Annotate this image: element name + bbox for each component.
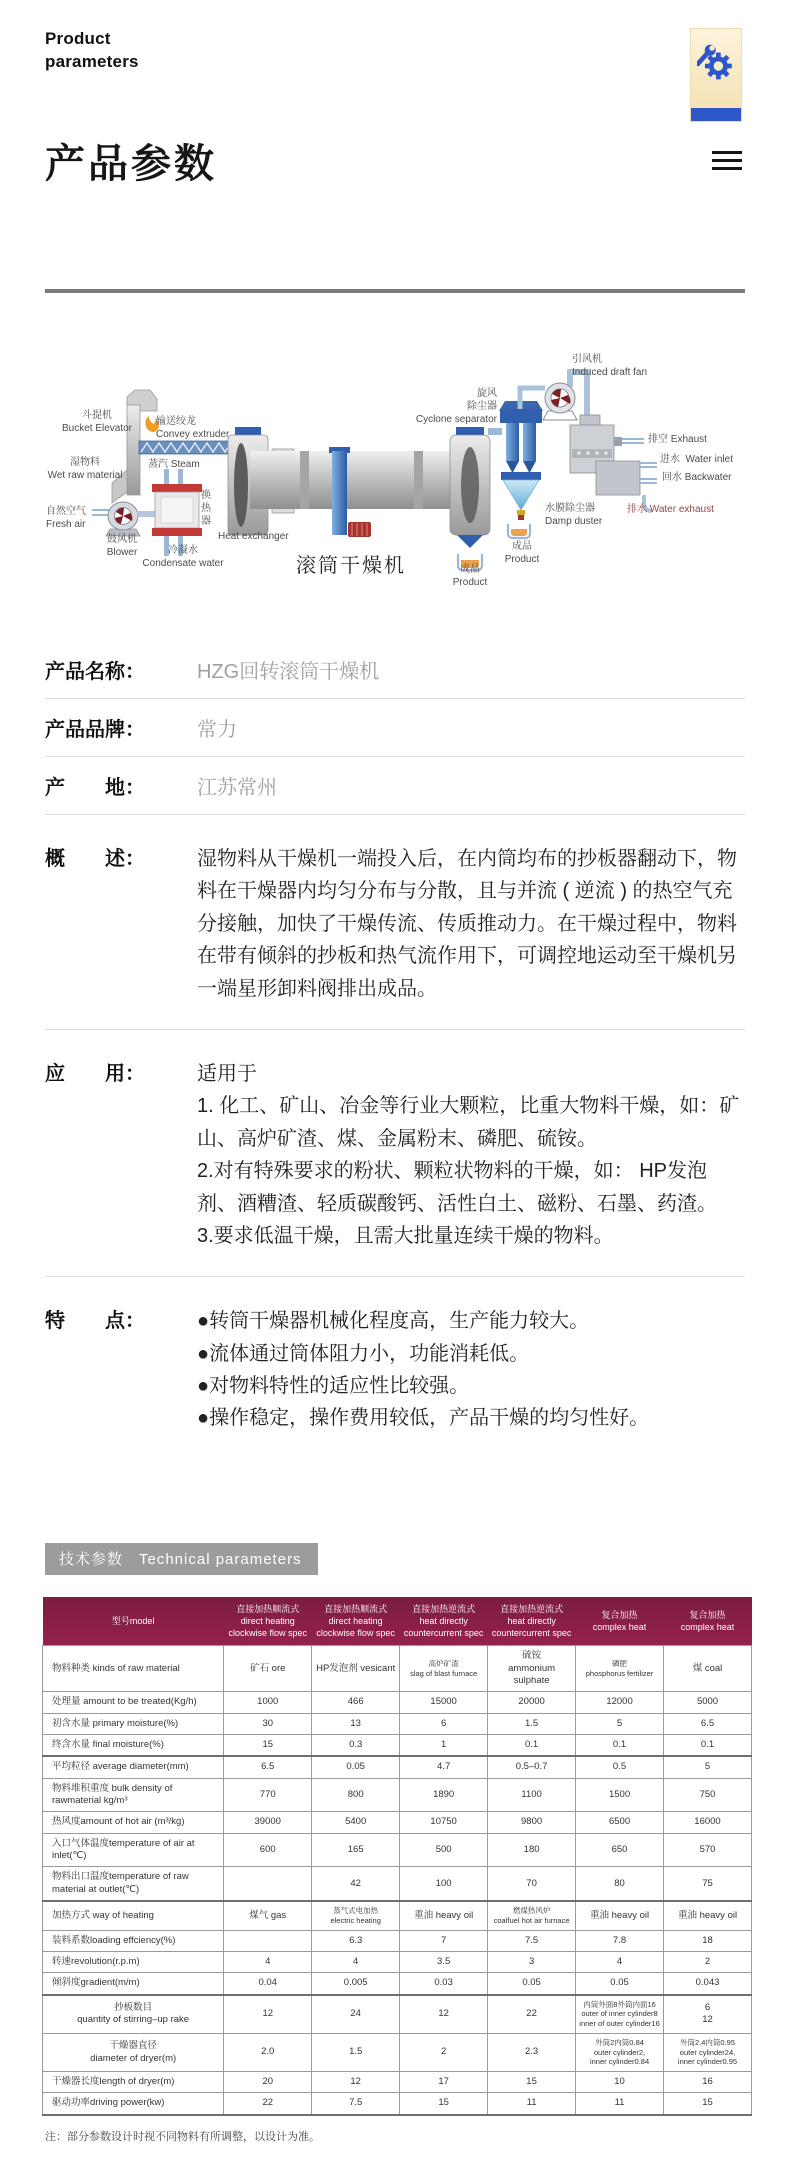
cell-10-5: 18 xyxy=(664,1930,752,1951)
tech-parameters-heading: 技术参数 Technical parameters xyxy=(45,1543,318,1575)
cell-16-4: 11 xyxy=(576,2093,664,2115)
cell-4-0: 6.5 xyxy=(224,1756,312,1778)
row-label: 干燥器直径 diameter of dryer(m) xyxy=(43,2033,224,2071)
row-label: 入口气体温度temperature of air at inlet(℃) xyxy=(43,1833,224,1867)
cell-0-4: 磷肥 phosphorus fertilizer xyxy=(576,1646,664,1692)
cell-3-2: 1 xyxy=(400,1735,488,1757)
table-row-8: 物料出口温度temperature of raw material at out… xyxy=(43,1867,752,1901)
cell-2-4: 5 xyxy=(576,1713,664,1734)
cell-14-4: 外筒2内筒0.84 outer cylinder2, inner cylinde… xyxy=(576,2033,664,2071)
cell-11-4: 4 xyxy=(576,1951,664,1972)
icon-blue-bar xyxy=(691,108,741,121)
table-col-header-0: 型号model xyxy=(43,1597,224,1646)
cell-2-1: 13 xyxy=(312,1713,400,1734)
table-col-header-2: 直接加热顺流式 direct heating clockwise flow sp… xyxy=(312,1597,400,1646)
diagram-label-drum-dryer: 滚筒干燥机 xyxy=(296,553,406,579)
cell-8-1: 42 xyxy=(312,1867,400,1901)
text-sections: 概 述： 湿物料从干燥机一端投入后，在内筒均布的抄板器翻动下，物料在干燥器内均匀… xyxy=(45,815,745,1459)
product-info-list: 产品名称：HZG回转滚筒干燥机产品品牌：常力产 地：江苏常州 xyxy=(45,641,745,815)
cell-16-3: 11 xyxy=(488,2093,576,2115)
title-row: 产品参数 xyxy=(45,132,742,189)
table-col-header-4: 直接加热逆流式 heat directly countercurrent spe… xyxy=(488,1597,576,1646)
cell-10-1: 6.3 xyxy=(312,1930,400,1951)
cell-14-0: 2.0 xyxy=(224,2033,312,2071)
cell-5-0: 770 xyxy=(224,1778,312,1812)
cell-12-4: 0.05 xyxy=(576,1973,664,1995)
diagram-label-heat-exchanger-cn: 换 热 器 xyxy=(201,489,211,529)
cyclone-inlet-pipe xyxy=(488,428,502,435)
cell-13-5: 6 12 xyxy=(664,1995,752,2034)
diagram-label-product-duster: 成品 Product xyxy=(505,540,539,566)
diagram-label-water-inlet: 进水 Water inlet xyxy=(660,453,733,466)
feature-bullet-0: ●转筒干燥器机械化程度高，生产能力较大。 xyxy=(197,1305,745,1337)
product-params-icon xyxy=(690,28,742,122)
row-label: 抄板数目 quantity of stirring–up rake xyxy=(43,1995,224,2034)
cell-6-0: 39000 xyxy=(224,1812,312,1833)
diagram-label-water-exhaust: 排水 Water exhaust xyxy=(627,503,714,516)
cell-11-5: 2 xyxy=(664,1951,752,1972)
diagram-label-condensate-water: 冷凝水 Condensate water xyxy=(142,544,223,570)
table-col-header-6: 复合加热 complex heat xyxy=(664,1597,752,1646)
cell-0-1: HP发泡剂 vesicant xyxy=(312,1646,400,1692)
diagram-label-convey-extruder: 输送绞龙 Convey extruder xyxy=(156,415,229,441)
cell-14-3: 2.3 xyxy=(488,2033,576,2071)
table-row-0: 物料种类 kinds of raw material矿石 oreHP发泡剂 ve… xyxy=(43,1646,752,1692)
cell-3-4: 0.1 xyxy=(576,1735,664,1757)
cell-3-0: 15 xyxy=(224,1735,312,1757)
row-label: 干燥器长度length of dryer(m) xyxy=(43,2072,224,2093)
cell-15-1: 12 xyxy=(312,2072,400,2093)
table-row-3: 终含水量 final moisture(%)150.310.10.10.1 xyxy=(43,1735,752,1757)
cell-13-0: 12 xyxy=(224,1995,312,2034)
cell-5-1: 800 xyxy=(312,1778,400,1812)
cell-4-1: 0.05 xyxy=(312,1756,400,1778)
table-body: 物料种类 kinds of raw material矿石 oreHP发泡剂 ve… xyxy=(43,1646,752,2115)
diagram-label-product-dryer: 成品 Product xyxy=(453,563,487,589)
cell-12-3: 0.05 xyxy=(488,1973,576,1995)
feature-bullet-1: ●流体通过筒体阻力小，功能消耗低。 xyxy=(197,1338,745,1370)
cell-15-0: 20 xyxy=(224,2072,312,2093)
cell-9-2: 重油 heavy oil xyxy=(400,1901,488,1930)
cell-16-0: 22 xyxy=(224,2093,312,2115)
table-row-15: 干燥器长度length of dryer(m)201217151016 xyxy=(43,2072,752,2093)
application-line-2: 2.对有特殊要求的粉状、颗粒状物料的干燥，如： HP发泡剂、酒糟渣、轻质碳酸钙、… xyxy=(197,1155,745,1220)
cell-11-3: 3 xyxy=(488,1951,576,1972)
cell-14-5: 外筒2.4内筒0.95 outer cylinder24, inner cyli… xyxy=(664,2033,752,2071)
cell-7-2: 500 xyxy=(400,1833,488,1867)
application-line-3: 3.要求低温干燥，且需大批量连续干燥的物料。 xyxy=(197,1220,745,1252)
row-label: 初含水量 primary moisture(%) xyxy=(43,1713,224,1734)
application-label: 应 用： xyxy=(45,1058,197,1252)
cell-13-3: 22 xyxy=(488,1995,576,2034)
cell-12-0: 0.04 xyxy=(224,1973,312,1995)
info-value: HZG回转滚筒干燥机 xyxy=(197,655,379,684)
info-value: 常力 xyxy=(197,713,237,742)
diagram-label-damp-duster: 水膜除尘器 Damp duster xyxy=(545,502,602,528)
cell-13-4: 内筒外面8外筒内面16 outer of inner cylinder8 inn… xyxy=(576,1995,664,2034)
cell-4-2: 4.7 xyxy=(400,1756,488,1778)
table-row-6: 热风度amount of hot air (m³/kg)390005400107… xyxy=(43,1812,752,1833)
cell-0-3: 硫铵 ammonium sulphate xyxy=(488,1646,576,1692)
cell-9-1: 蒸气式电加热 electric heating xyxy=(312,1901,400,1930)
blower-outlet-pipe xyxy=(137,511,157,517)
table-row-10: 装料系数loading effciency(%)6.377.57.818 xyxy=(43,1930,752,1951)
cell-9-0: 煤气 gas xyxy=(224,1901,312,1930)
application-section: 应 用： 适用于1. 化工、矿山、冶金等行业大颗粒，比重大物料干燥，如：矿山、高… xyxy=(45,1030,745,1277)
cell-10-4: 7.8 xyxy=(576,1930,664,1951)
cell-6-3: 9800 xyxy=(488,1812,576,1833)
diagram-label-exhaust: 排空 Exhaust xyxy=(648,433,707,446)
cell-10-3: 7.5 xyxy=(488,1930,576,1951)
features-label: 特 点： xyxy=(45,1305,197,1435)
cell-9-3: 燃煤热风炉 coalfuel hot air furnace xyxy=(488,1901,576,1930)
discharge-head-shape xyxy=(450,427,490,570)
cell-15-2: 17 xyxy=(400,2072,488,2093)
product-parameters-page: Product parameters xyxy=(0,0,790,2168)
cell-7-1: 165 xyxy=(312,1833,400,1867)
table-col-header-3: 直接加热逆流式 heat directly countercurrent spe… xyxy=(400,1597,488,1646)
cell-13-2: 12 xyxy=(400,1995,488,2034)
cell-1-5: 5000 xyxy=(664,1692,752,1713)
cell-12-2: 0.03 xyxy=(400,1973,488,1995)
table-col-header-1: 直接加热顺流式 direct heating clockwise flow sp… xyxy=(224,1597,312,1646)
table-row-7: 入口气体温度temperature of air at inlet(℃)6001… xyxy=(43,1833,752,1867)
application-line-1: 1. 化工、矿山、冶金等行业大颗粒，比重大物料干燥，如：矿山、高炉矿渣、煤、金属… xyxy=(197,1090,745,1155)
cell-7-3: 180 xyxy=(488,1833,576,1867)
cell-5-2: 1890 xyxy=(400,1778,488,1812)
row-label: 物料出口温度temperature of raw material at out… xyxy=(43,1867,224,1901)
feature-bullet-2: ●对物料特性的适应性比较强。 xyxy=(197,1370,745,1402)
rotary-drum-shape xyxy=(250,447,462,537)
cell-3-1: 0.3 xyxy=(312,1735,400,1757)
diagram-label-bucket-elevator: 斗提机 Bucket Elevator xyxy=(62,409,132,435)
cyclone-separator-shape xyxy=(499,401,543,473)
application-line-0: 适用于 xyxy=(197,1058,745,1090)
blower-shape xyxy=(106,502,140,536)
row-label: 加热方式 way of heating xyxy=(43,1901,224,1930)
tech-table-wrap: 型号model直接加热顺流式 direct heating clockwise … xyxy=(42,1597,752,2116)
steam-heater-shape xyxy=(152,469,202,556)
cell-1-1: 466 xyxy=(312,1692,400,1713)
row-label: 装料系数loading effciency(%) xyxy=(43,1930,224,1951)
product-info-row-2: 产 地：江苏常州 xyxy=(45,757,745,815)
cell-2-0: 30 xyxy=(224,1713,312,1734)
cell-1-0: 1000 xyxy=(224,1692,312,1713)
cell-1-2: 15000 xyxy=(400,1692,488,1713)
row-label: 驱动功率driving power(kw) xyxy=(43,2093,224,2115)
cell-16-5: 15 xyxy=(664,2093,752,2115)
table-footnote: 注：部分参数设计时视不同物料有所调整，以设计为准。 xyxy=(45,2128,745,2144)
cell-1-3: 20000 xyxy=(488,1692,576,1713)
table-row-4: 平均粒径 average diameter(mm)6.50.054.70.5–0… xyxy=(43,1756,752,1778)
cell-5-4: 1500 xyxy=(576,1778,664,1812)
drive-motor-shape xyxy=(348,522,371,537)
info-label: 产 地： xyxy=(45,771,197,800)
product-info-row-0: 产品名称：HZG回转滚筒干燥机 xyxy=(45,641,745,699)
diagram-label-steam: 蒸汽 Steam xyxy=(148,458,200,471)
hamburger-menu-icon[interactable] xyxy=(712,151,742,170)
cell-1-4: 12000 xyxy=(576,1692,664,1713)
dryer-flow-diagram: 引风机 Induced draft fan旋风 除尘器 Cyclone sepa… xyxy=(0,303,790,601)
cell-4-5: 5 xyxy=(664,1756,752,1778)
cell-5-5: 750 xyxy=(664,1778,752,1812)
cell-8-0 xyxy=(224,1867,312,1901)
row-label: 平均粒径 average diameter(mm) xyxy=(43,1756,224,1778)
info-value: 江苏常州 xyxy=(197,771,277,800)
diagram-label-wet-raw-material: 湿物料 Wet raw material xyxy=(48,456,123,482)
tech-parameters-table: 型号model直接加热顺流式 direct heating clockwise … xyxy=(42,1597,752,2116)
table-row-16: 驱动功率driving power(kw)227.515111115 xyxy=(43,2093,752,2115)
cell-3-5: 0.1 xyxy=(664,1735,752,1757)
cell-15-3: 15 xyxy=(488,2072,576,2093)
row-label: 倾斜度gradient(m/m) xyxy=(43,1973,224,1995)
table-row-11: 转速revolution(r.p.m)443.5342 xyxy=(43,1951,752,1972)
cell-15-4: 10 xyxy=(576,2072,664,2093)
feature-bullet-3: ●操作稳定，操作费用较低，产品干燥的均匀性好。 xyxy=(197,1402,745,1434)
cell-6-1: 5400 xyxy=(312,1812,400,1833)
features-bullets: ●转筒干燥器机械化程度高，生产能力较大。●流体通过筒体阻力小，功能消耗低。●对物… xyxy=(197,1305,745,1435)
cell-8-3: 70 xyxy=(488,1867,576,1901)
damp-duster-shape xyxy=(501,472,541,538)
row-label: 转速revolution(r.p.m) xyxy=(43,1951,224,1972)
table-row-1: 处理量 amount to be treated(Kg/h)1000466150… xyxy=(43,1692,752,1713)
row-label: 物料种类 kinds of raw material xyxy=(43,1646,224,1692)
cell-16-2: 15 xyxy=(400,2093,488,2115)
cell-11-1: 4 xyxy=(312,1951,400,1972)
cell-16-1: 7.5 xyxy=(312,2093,400,2115)
diagram-label-backwater: 回水 Backwater xyxy=(662,471,731,484)
diagram-label-heat-exchanger-en: Heat exchanger xyxy=(218,530,289,543)
cell-0-0: 矿石 ore xyxy=(224,1646,312,1692)
table-header-row: 型号model直接加热顺流式 direct heating clockwise … xyxy=(43,1597,752,1646)
table-row-14: 干燥器直径 diameter of dryer(m)2.01.522.3外筒2内… xyxy=(43,2033,752,2071)
features-section: 特 点： ●转筒干燥器机械化程度高，生产能力较大。●流体通过筒体阻力小，功能消耗… xyxy=(45,1277,745,1459)
cell-9-4: 重油 heavy oil xyxy=(576,1901,664,1930)
cell-0-5: 煤 coal xyxy=(664,1646,752,1692)
cell-6-2: 10750 xyxy=(400,1812,488,1833)
cell-10-0 xyxy=(224,1930,312,1951)
tech-heading-wrap: 技术参数 Technical parameters xyxy=(45,1543,745,1575)
info-label: 产品品牌： xyxy=(45,713,197,742)
cell-0-2: 高炉矿渣 slag of blast furnace xyxy=(400,1646,488,1692)
row-label: 终含水量 final moisture(%) xyxy=(43,1735,224,1757)
diagram-label-induced-draft-fan: 引风机 Induced draft fan xyxy=(572,353,647,379)
eyebrow-title: Product parameters xyxy=(45,28,139,74)
scrubber-shape xyxy=(570,415,657,511)
cell-12-1: 0.005 xyxy=(312,1973,400,1995)
diagram-label-cyclone-separator: 旋风 除尘器 Cyclone separator xyxy=(416,387,497,427)
cell-4-4: 0.5 xyxy=(576,1756,664,1778)
overview-label: 概 述： xyxy=(45,843,197,1005)
cell-8-4: 80 xyxy=(576,1867,664,1901)
overview-section: 概 述： 湿物料从干燥机一端投入后，在内筒均布的抄板器翻动下，物料在干燥器内均匀… xyxy=(45,815,745,1030)
section-divider xyxy=(45,289,745,293)
table-row-13: 抄板数目 quantity of stirring–up rake1224122… xyxy=(43,1995,752,2034)
cell-8-2: 100 xyxy=(400,1867,488,1901)
table-col-header-5: 复合加热 complex heat xyxy=(576,1597,664,1646)
row-label: 处理量 amount to be treated(Kg/h) xyxy=(43,1692,224,1713)
cell-12-5: 0.043 xyxy=(664,1973,752,1995)
cell-9-5: 重油 heavy oil xyxy=(664,1901,752,1930)
cell-14-2: 2 xyxy=(400,2033,488,2071)
page-title: 产品参数 xyxy=(45,132,217,189)
cell-11-0: 4 xyxy=(224,1951,312,1972)
cell-3-3: 0.1 xyxy=(488,1735,576,1757)
cell-6-5: 16000 xyxy=(664,1812,752,1833)
cell-5-3: 1100 xyxy=(488,1778,576,1812)
gear-wrench-icon xyxy=(697,43,735,81)
cell-10-2: 7 xyxy=(400,1930,488,1951)
info-label: 产品名称： xyxy=(45,655,197,684)
product-info-row-1: 产品品牌：常力 xyxy=(45,699,745,757)
table-row-2: 初含水量 primary moisture(%)301361.556.5 xyxy=(43,1713,752,1734)
overview-text: 湿物料从干燥机一端投入后，在内筒均布的抄板器翻动下，物料在干燥器内均匀分布与分散… xyxy=(197,843,745,1005)
cell-15-5: 16 xyxy=(664,2072,752,2093)
table-row-12: 倾斜度gradient(m/m)0.040.0050.030.050.050.0… xyxy=(43,1973,752,1995)
cell-6-4: 6500 xyxy=(576,1812,664,1833)
table-row-5: 物料堆积重度 bulk density of rawmaterial kg/m³… xyxy=(43,1778,752,1812)
diagram-label-blower: 鼓风机 Blower xyxy=(107,533,138,559)
cell-11-2: 3.5 xyxy=(400,1951,488,1972)
application-lines: 适用于1. 化工、矿山、冶金等行业大颗粒，比重大物料干燥，如：矿山、高炉矿渣、煤… xyxy=(197,1058,745,1252)
cell-13-1: 24 xyxy=(312,1995,400,2034)
cell-2-5: 6.5 xyxy=(664,1713,752,1734)
cell-4-3: 0.5–0.7 xyxy=(488,1756,576,1778)
cell-8-5: 75 xyxy=(664,1867,752,1901)
cell-2-3: 1.5 xyxy=(488,1713,576,1734)
cell-7-0: 600 xyxy=(224,1833,312,1867)
cell-14-1: 1.5 xyxy=(312,2033,400,2071)
table-row-9: 加热方式 way of heating煤气 gas蒸气式电加热 electric… xyxy=(43,1901,752,1930)
row-label: 热风度amount of hot air (m³/kg) xyxy=(43,1812,224,1833)
cell-7-5: 570 xyxy=(664,1833,752,1867)
page-header: Product parameters xyxy=(0,0,790,122)
diagram-label-fresh-air: 自然空气 Fresh air xyxy=(46,505,86,531)
cell-7-4: 650 xyxy=(576,1833,664,1867)
cell-2-2: 6 xyxy=(400,1713,488,1734)
row-label: 物料堆积重度 bulk density of rawmaterial kg/m³ xyxy=(43,1778,224,1812)
